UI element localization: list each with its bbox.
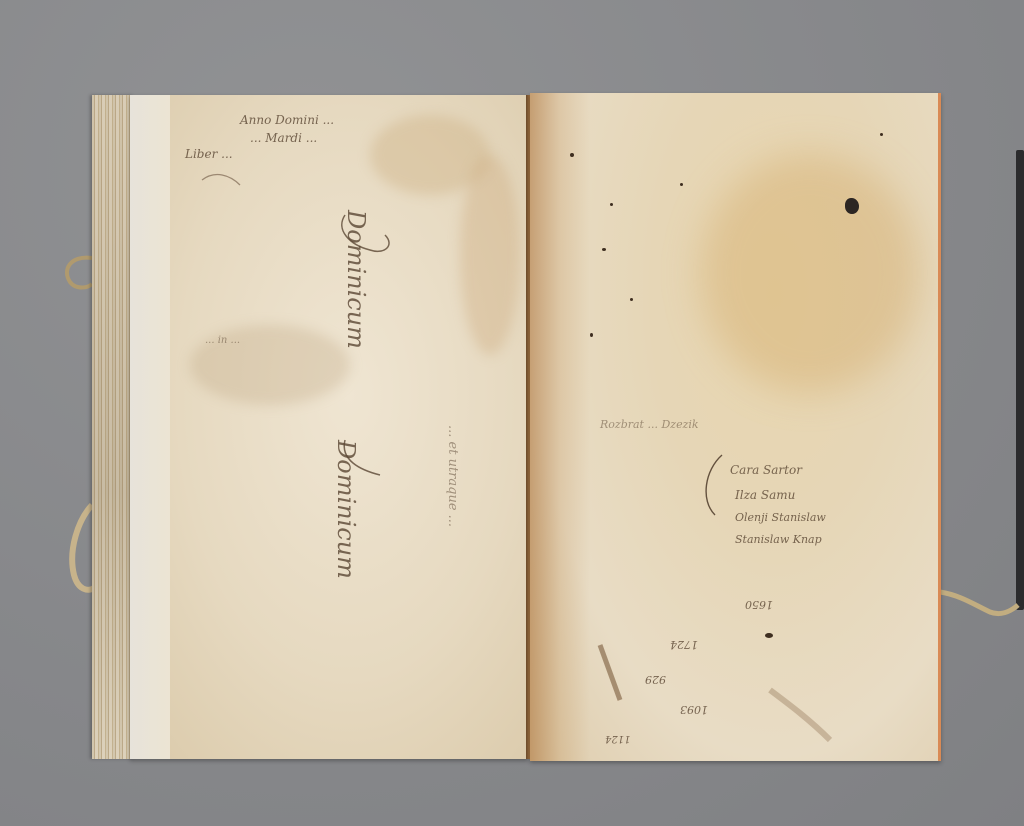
handwriting-flourishes	[0, 0, 1024, 826]
